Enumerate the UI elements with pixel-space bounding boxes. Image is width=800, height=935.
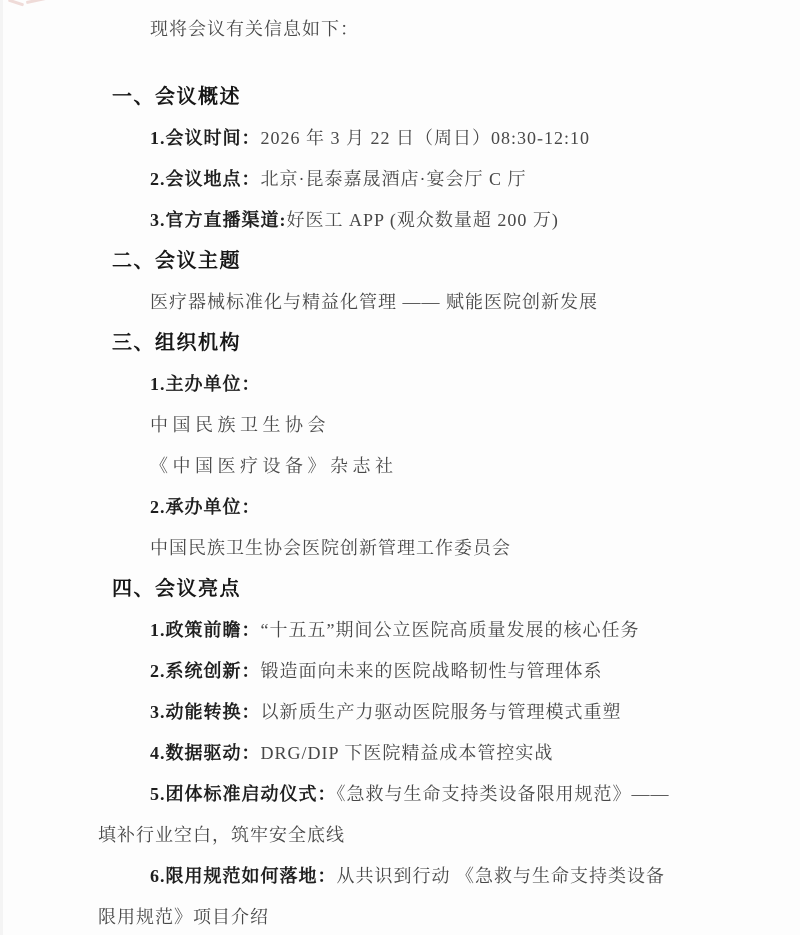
item-text: 《急救与生命支持类设备限用规范》—— <box>337 784 670 804</box>
highlight-item-2: 2.系统创新：锻造面向未来的医院战略韧性与管理体系 <box>98 651 744 692</box>
item-text: “十五五”期间公立医院高质量发展的核心任务 <box>261 620 640 640</box>
section-heading-overview: 一、会议概述 <box>98 77 744 118</box>
section-heading-organization: 三、组织机构 <box>98 323 744 364</box>
item-label: 6.限用规范如何落地： <box>150 866 337 886</box>
section-heading-theme: 二、会议主题 <box>98 241 744 282</box>
item-label: 3.动能转换： <box>150 702 261 722</box>
item-label: 1.政策前瞻： <box>150 620 261 640</box>
item-label: 4.数据驱动： <box>150 743 261 763</box>
item-text: 填补行业空白，筑牢安全底线 <box>98 825 345 845</box>
highlight-item-5: 5.团体标准启动仪式：《急救与生命支持类设备限用规范》—— <box>98 774 744 815</box>
highlight-item-1: 1.政策前瞻：“十五五”期间公立医院高质量发展的核心任务 <box>98 610 744 651</box>
org-item-organizer-label: 2.承办单位： <box>98 487 744 528</box>
section-heading-highlights: 四、会议亮点 <box>98 569 744 610</box>
document-page: 现将会议有关信息如下： 一、会议概述 1.会议时间：2026 年 3 月 22 … <box>0 0 800 935</box>
highlight-item-6-continuation: 限用规范》项目介绍 <box>98 897 744 935</box>
org-host-2: 《中国医疗设备》杂志社 <box>98 446 744 487</box>
org-item-host-label: 1.主办单位： <box>98 364 744 405</box>
highlight-item-6: 6.限用规范如何落地：从共识到行动 《急救与生命支持类设备 <box>98 856 744 897</box>
item-label: 2.系统创新： <box>150 661 261 681</box>
item-label: 3.官方直播渠道: <box>150 210 287 230</box>
item-text: 从共识到行动 《急救与生命支持类设备 <box>337 866 666 886</box>
item-text: 医疗器械标准化与精益化管理 —— 赋能医院创新发展 <box>150 292 598 312</box>
item-text: 《中国医疗设备》杂志社 <box>150 456 398 476</box>
intro-line: 现将会议有关信息如下： <box>98 9 744 50</box>
item-label: 5.团体标准启动仪式： <box>150 784 337 804</box>
document-content: 现将会议有关信息如下： 一、会议概述 1.会议时间：2026 年 3 月 22 … <box>0 0 800 935</box>
item-label: 1.主办单位： <box>150 374 261 394</box>
item-label: 2.承办单位： <box>150 497 261 517</box>
item-text: 限用规范》项目介绍 <box>98 907 269 927</box>
highlight-item-3: 3.动能转换：以新质生产力驱动医院服务与管理模式重塑 <box>98 692 744 733</box>
highlight-item-5-continuation: 填补行业空白，筑牢安全底线 <box>98 815 744 856</box>
item-text: 好医工 APP (观众数量超 200 万) <box>287 210 559 230</box>
item-label: 1.会议时间： <box>150 128 261 148</box>
org-organizer-1: 中国民族卫生协会医院创新管理工作委员会 <box>98 528 744 569</box>
org-host-1: 中国民族卫生协会 <box>98 405 744 446</box>
highlight-item-4: 4.数据驱动：DRG/DIP 下医院精益成本管控实战 <box>98 733 744 774</box>
overview-item-time: 1.会议时间：2026 年 3 月 22 日（周日）08:30-12:10 <box>98 118 744 159</box>
item-text: 中国民族卫生协会 <box>150 415 330 435</box>
item-label: 2.会议地点： <box>150 169 261 189</box>
item-text: 中国民族卫生协会医院创新管理工作委员会 <box>150 538 511 558</box>
overview-item-livestream: 3.官方直播渠道:好医工 APP (观众数量超 200 万) <box>98 200 744 241</box>
theme-line: 医疗器械标准化与精益化管理 —— 赋能医院创新发展 <box>98 282 744 323</box>
overview-item-venue: 2.会议地点：北京·昆泰嘉晟酒店·宴会厅 C 厅 <box>98 159 744 200</box>
item-text: 2026 年 3 月 22 日（周日）08:30-12:10 <box>261 128 591 148</box>
item-text: 北京·昆泰嘉晟酒店·宴会厅 C 厅 <box>261 169 527 189</box>
item-text: 以新质生产力驱动医院服务与管理模式重塑 <box>261 702 622 722</box>
item-text: 锻造面向未来的医院战略韧性与管理体系 <box>261 661 603 681</box>
item-text: DRG/DIP 下医院精益成本管控实战 <box>261 743 554 763</box>
